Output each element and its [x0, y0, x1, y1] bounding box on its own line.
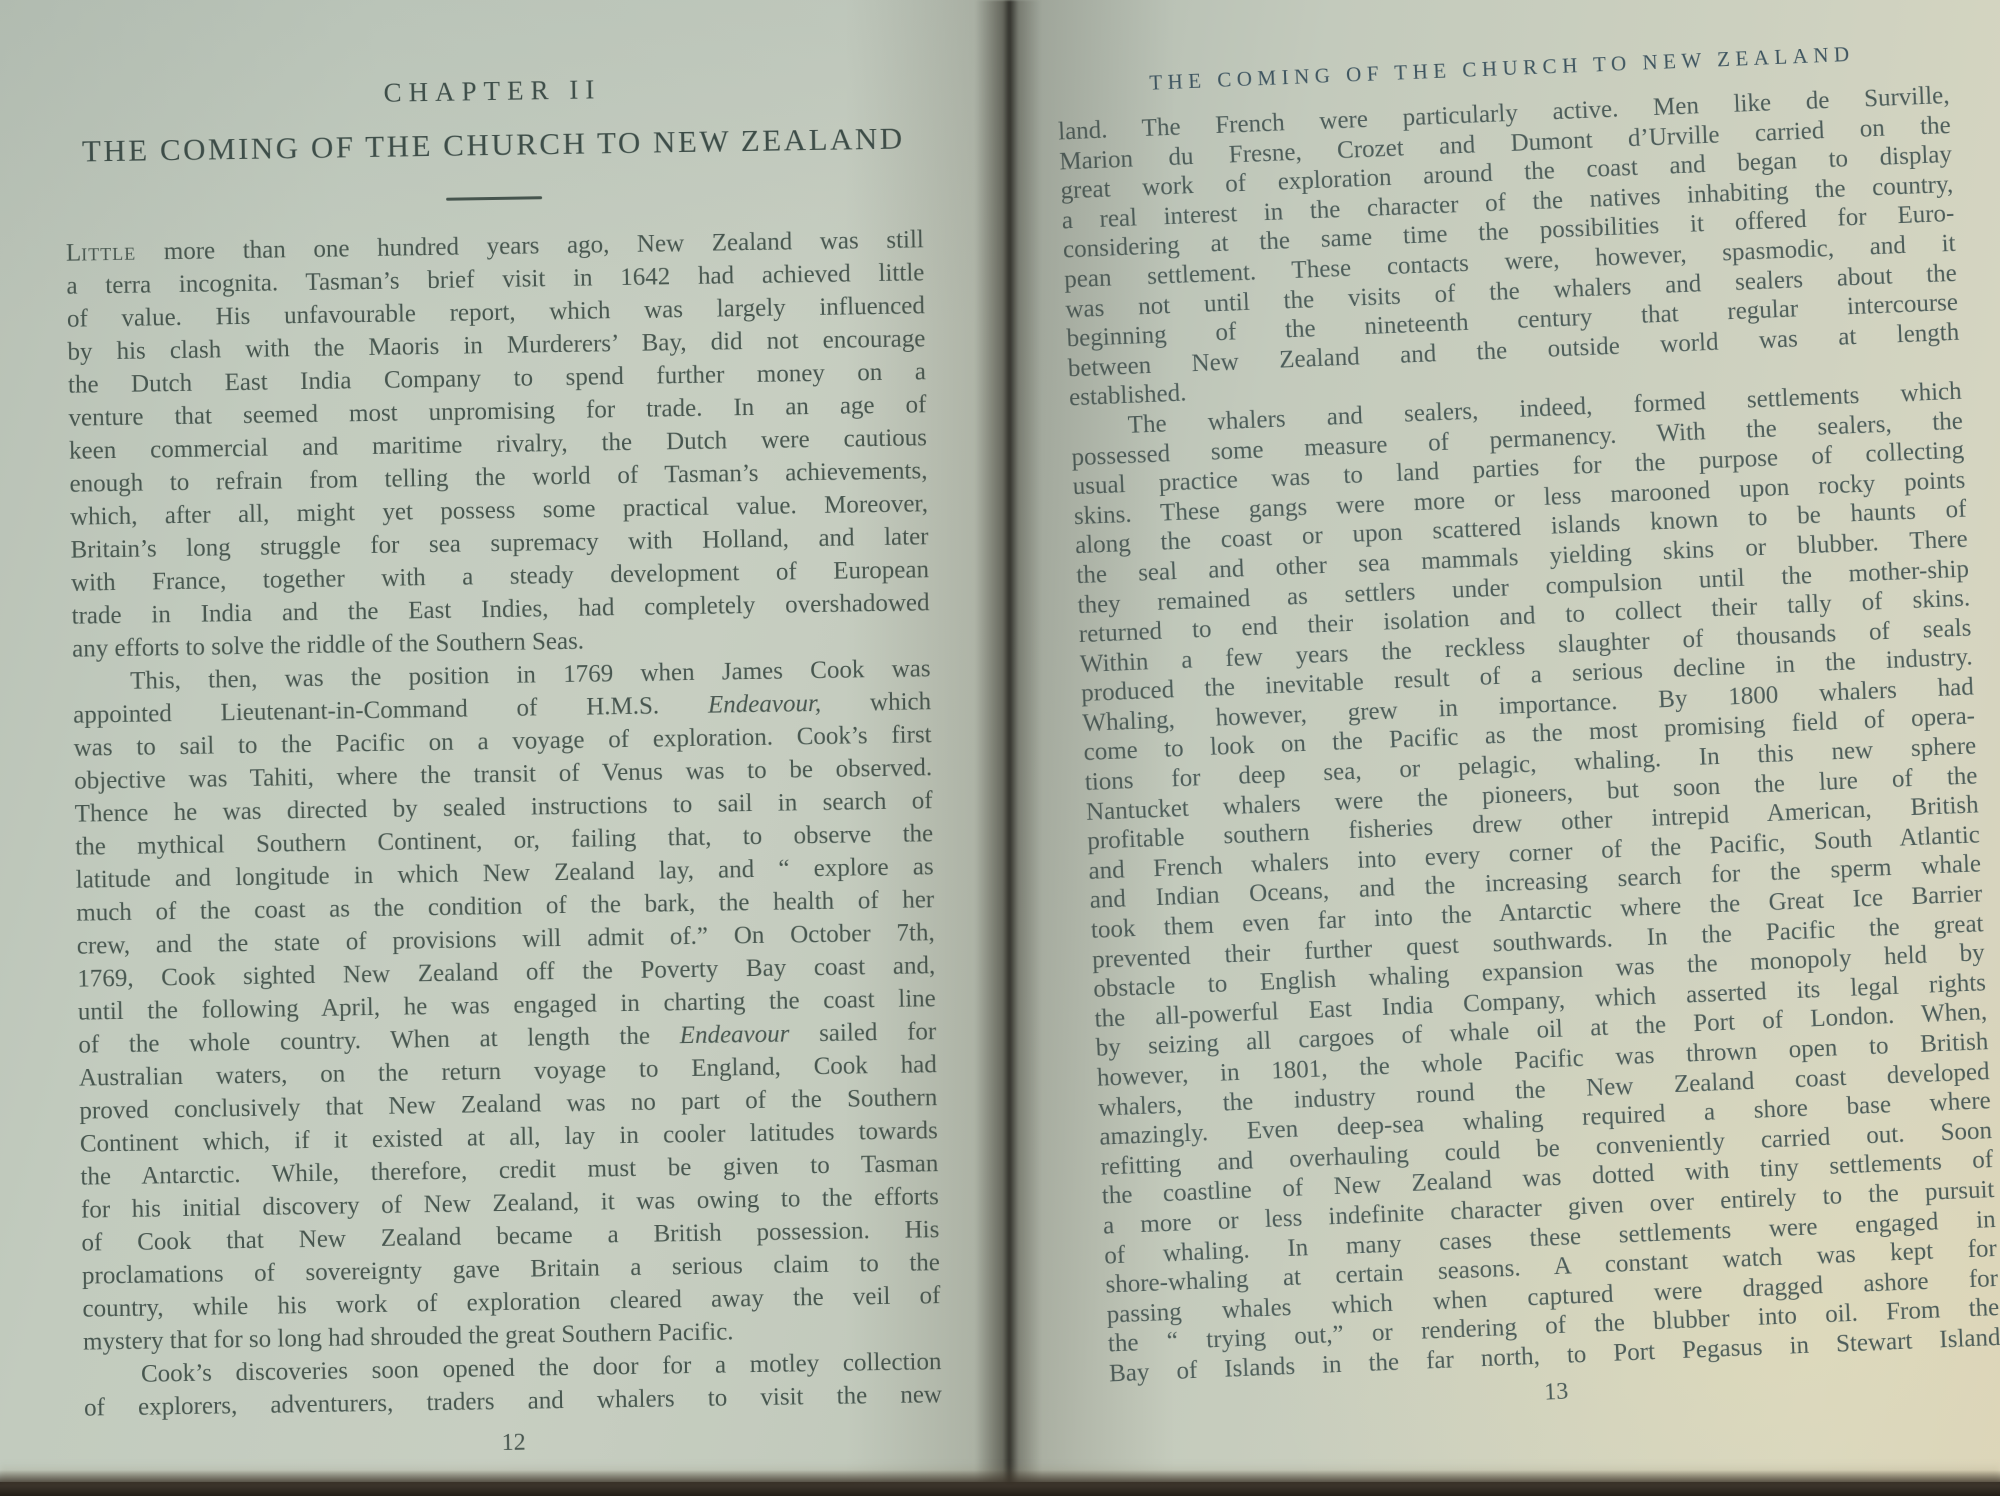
paragraph: land. The French were particularly activ…: [1058, 81, 1961, 413]
left-page-number: 12: [85, 1423, 943, 1463]
left-page-text-block: CHAPTER II THE COMING OF THE CHURCH TO N…: [62, 0, 943, 1464]
right-page: THE COMING OF THE CHURCH TO NEW ZEALAND …: [1010, 0, 2000, 1482]
open-book-photo: CHAPTER II THE COMING OF THE CHURCH TO N…: [0, 0, 2000, 1496]
left-page: CHAPTER II THE COMING OF THE CHURCH TO N…: [0, 0, 1010, 1482]
title-rule-divider: [446, 196, 542, 201]
paragraph: The whalers and sealers, indeed, formed …: [1070, 377, 2000, 1389]
chapter-heading: CHAPTER II: [63, 69, 921, 113]
chapter-title: THE COMING OF THE CHURCH TO NEW ZEALAND: [64, 120, 922, 169]
left-page-body: Little more than one hundred years ago, …: [66, 223, 943, 1424]
right-page-body: land. The French were particularly activ…: [1058, 81, 2000, 1389]
paragraph: This, then, was the position in 1769 whe…: [72, 652, 941, 1358]
paragraph: Cook’s discoveries soon opened the door …: [83, 1345, 942, 1424]
right-page-text-block: THE COMING OF THE CHURCH TO NEW ZEALAND …: [1053, 0, 2000, 1424]
paragraph: Little more than one hundred years ago, …: [66, 223, 931, 665]
